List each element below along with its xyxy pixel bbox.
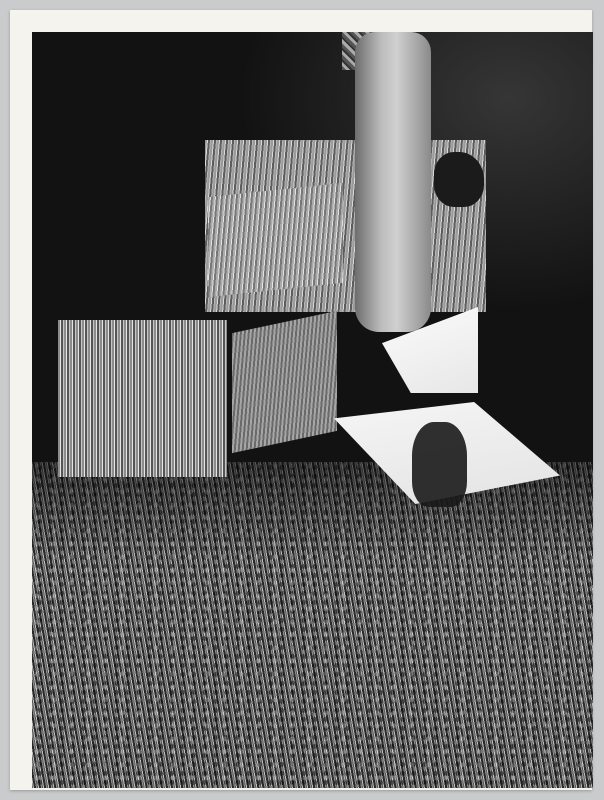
- hand-shadow: [412, 422, 467, 507]
- small-mirror-upper: [208, 183, 343, 297]
- center-mirror: [232, 311, 337, 453]
- print-paper-border: [10, 10, 592, 790]
- forearm-and-hand: [355, 32, 431, 332]
- photograph: [32, 32, 593, 788]
- reflected-hand: [434, 152, 484, 207]
- left-mirror: [58, 320, 227, 477]
- lawn-grass: [32, 462, 593, 788]
